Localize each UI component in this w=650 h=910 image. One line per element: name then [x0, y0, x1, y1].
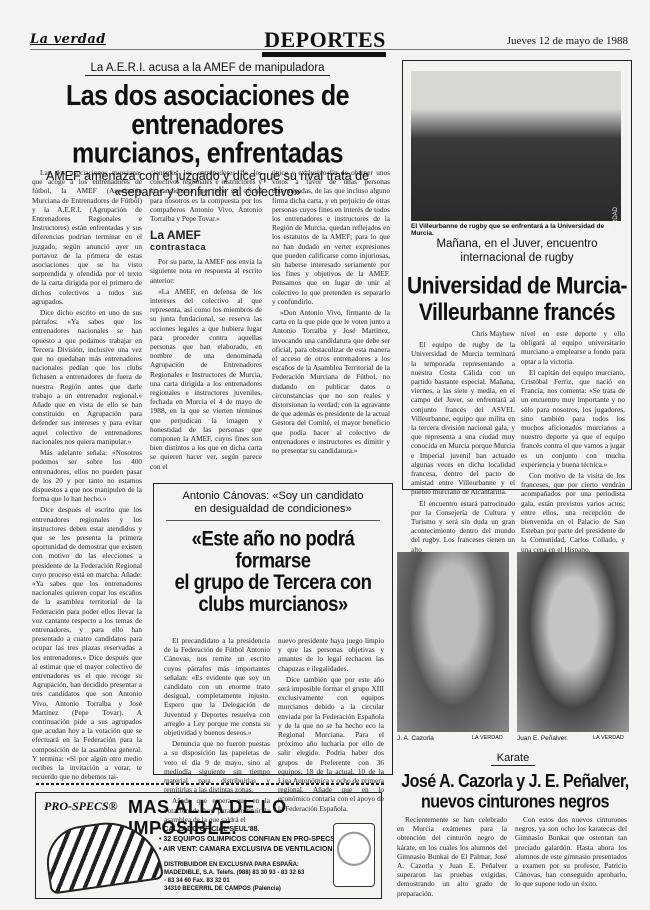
- canovas-col2: nuevo presidente haya juego limpio y que…: [278, 636, 384, 815]
- paragraph: Dice dicho escrito en uno de sus párrafo…: [32, 308, 142, 446]
- ad-brand: PRO-SPECS®: [44, 799, 118, 814]
- rugby-photo-caption: El Villeurbanne de rugby que se enfrenta…: [411, 223, 623, 237]
- rugby-kicker-line1: Mañana, en el Juver, encuentro: [403, 237, 631, 251]
- canovas-article-box: Antonio Cánovas: «Soy un candidato en de…: [153, 483, 393, 775]
- issue-date: Jueves 12 de mayo de 1988: [507, 35, 628, 47]
- prospecs-advertisement[interactable]: PRO-SPECS® MAS ALLA DE LO IMPOSIBLE. • C…: [35, 792, 382, 899]
- penalver-caption: Juan E. Peñalver.: [517, 735, 568, 742]
- masthead-rule: [30, 49, 630, 50]
- main-col2: cionemos los entrenadores de los colecti…: [150, 168, 262, 473]
- rugby-headline-line1: Universidad de Murcia-: [403, 273, 631, 299]
- canovas-headline-line2: el grupo de Tercera con: [154, 571, 392, 593]
- subhead-small: contrastaca: [150, 241, 262, 253]
- rugby-kicker: Mañana, en el Juver, encuentro internaci…: [403, 237, 631, 265]
- ad-bullet: • CALZADO OFICIAL SEUL'88.: [159, 825, 337, 835]
- paragraph: Por su parte, la AMEF nos envía la sigui…: [150, 257, 262, 285]
- rugby-col2: nivel en este deporte y ello obligará al…: [521, 329, 625, 556]
- subhead-text: La AMEF: [150, 228, 201, 242]
- canovas-headline-line3: clubs murcianos»: [154, 593, 392, 615]
- rugby-col1: Chris Mayhew El equipo de rugby de la Un…: [411, 329, 515, 556]
- penalver-credit: LA VERDAD: [593, 735, 624, 741]
- main-kicker-text: La A.E.R.I. acusa a la AMEF de manipulad…: [85, 62, 331, 76]
- ad-divider: [36, 783, 386, 785]
- distributor-line: DISTRIBUIDOR EN EXCLUSIVA PARA ESPAÑA:: [164, 861, 304, 869]
- rugby-team-photo: VERDAD: [411, 71, 621, 221]
- paragraph: cionemos los entrenadores de los colecti…: [150, 168, 262, 223]
- ad-bullets: • CALZADO OFICIAL SEUL'88. • 32 EQUIPOS …: [159, 825, 337, 855]
- paragraph: »Don Antonio Vivo, firmante de la carta …: [272, 308, 390, 455]
- canovas-kicker: Antonio Cánovas: «Soy un candidato en de…: [154, 490, 392, 516]
- main-subhead: La AMEF contrastaca: [150, 229, 262, 253]
- cazorla-credit: LA VERDAD: [472, 735, 503, 741]
- canovas-headline-line1: «Este año no podrá formarse: [154, 527, 392, 571]
- main-headline: Las dos asociaciones de entrenadores mur…: [20, 82, 395, 168]
- paragraph: Más adelante señala: «Nosotros podemos s…: [32, 448, 142, 503]
- paragraph: El encuentro estará patrocinado por la C…: [411, 499, 515, 554]
- rugby-headline: Universidad de Murcia- Villeurbanne fran…: [403, 273, 631, 326]
- paragraph: Con estos dos nuevos cinturones negros, …: [515, 815, 627, 889]
- main-headline-line2: murcianos, enfrentadas: [20, 140, 395, 169]
- paragraph: El precandidato a la presidencia de la F…: [164, 636, 270, 737]
- canovas-kicker-line2: en desigualdad de condiciones»: [154, 503, 392, 516]
- rugby-byline: Chris Mayhew: [411, 329, 515, 338]
- paragraph: Dice después el escrito que los entrenad…: [32, 505, 142, 781]
- paragraph: El equipo de rugby de la Universidad de …: [411, 340, 515, 496]
- rugby-headline-line2: Villeurbanne francés: [403, 299, 631, 325]
- karate-col1: Recientemente se han celebrado en Murcia…: [397, 815, 507, 900]
- main-col3: único y exclusivo fin de obtener unos vo…: [272, 168, 390, 457]
- paragraph: «La AMEF, en defensa de los intereses de…: [150, 287, 262, 471]
- rugby-kicker-line2: internacional de rugby: [403, 251, 631, 265]
- karate-headline-line1: José A. Cazorla y J. E. Peñalver,: [397, 772, 633, 793]
- mascot-icon: [333, 823, 375, 887]
- paragraph: nivel en este deporte y ello obligará al…: [521, 329, 625, 366]
- paragraph: Con motivo de la visita de los franceses…: [521, 471, 625, 554]
- distributor-line: 34310 BECERRIL DE CAMPOS (Palencia): [164, 885, 304, 893]
- main-kicker: La A.E.R.I. acusa a la AMEF de manipulad…: [20, 62, 395, 74]
- paragraph: nuevo presidente haya juego limpio y que…: [278, 636, 384, 673]
- divider: [166, 520, 380, 521]
- main-headline-line1: Las dos asociaciones de entrenadores: [20, 82, 395, 140]
- paragraph: único y exclusivo fin de obtener unos vo…: [272, 168, 390, 306]
- paragraph: Recientemente se han celebrado en Murcia…: [397, 815, 507, 898]
- paragraph: Denuncia que no fueron puestas a su disp…: [164, 739, 270, 794]
- karate-kicker-text: Karate: [491, 752, 535, 766]
- canovas-headline: «Este año no podrá formarse el grupo de …: [154, 527, 392, 614]
- canovas-kicker-line1: Antonio Cánovas: «Soy un candidato: [154, 490, 392, 503]
- rugby-article-box: VERDAD El Villeurbanne de rugby que se e…: [402, 60, 632, 490]
- ad-distributor: DISTRIBUIDOR EN EXCLUSIVA PARA ESPAÑA: M…: [164, 861, 304, 893]
- penalver-portrait: [517, 552, 629, 732]
- cazorla-portrait: [397, 552, 509, 732]
- karate-kicker: Karate: [397, 752, 629, 764]
- ad-bullet: • AIR VENT: CAMARA EXCLUSIVA DE VENTILAC…: [159, 845, 337, 855]
- cazorla-caption: J. A. Cazorla: [397, 735, 434, 742]
- ad-bullet: • 32 EQUIPOS OLIMPICOS CONFIAN EN PRO-SP…: [159, 835, 337, 845]
- karate-col2: Con estos dos nuevos cinturones negros, …: [515, 815, 627, 891]
- main-col1: Las dos asociaciones murcianas que acoge…: [32, 168, 142, 783]
- paragraph: El capitán del equipo murciano, Cristóba…: [521, 368, 625, 469]
- distributor-line: - 83 34 60 Fax. 83 32 01: [164, 877, 304, 885]
- distributor-line: MADEDIBLE, S.A. Telefs. (988) 83 30 93 -…: [164, 869, 304, 877]
- karate-headline: José A. Cazorla y J. E. Peñalver, nuevos…: [397, 772, 633, 813]
- paragraph: Las dos asociaciones murcianas que acoge…: [32, 168, 142, 306]
- karate-headline-line2: nuevos cinturones negros: [397, 793, 633, 814]
- section-bar: [262, 52, 386, 57]
